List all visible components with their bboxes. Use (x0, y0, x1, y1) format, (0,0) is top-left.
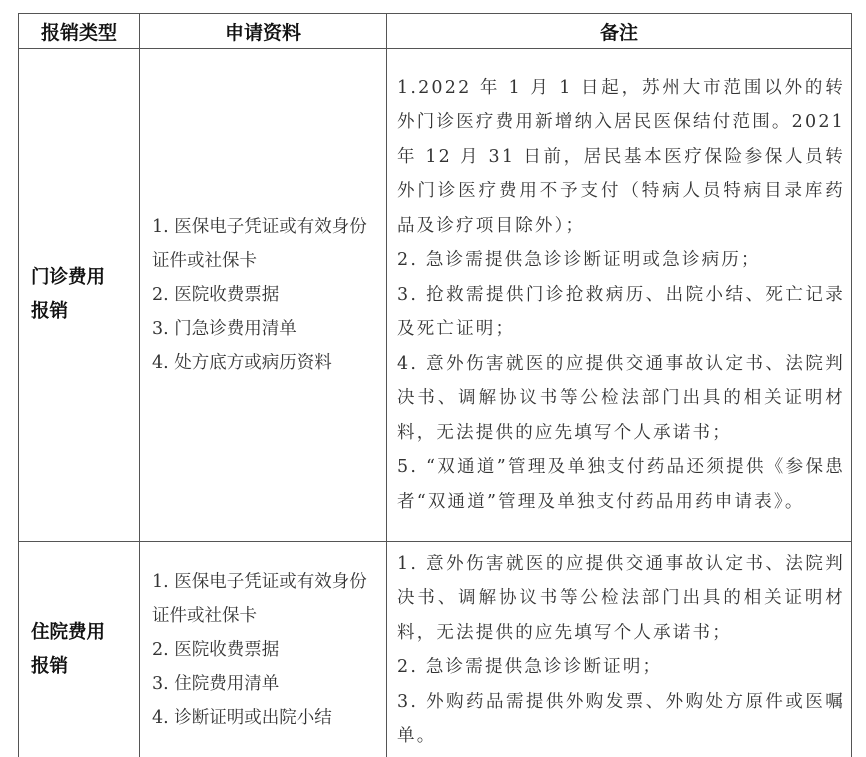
material-item: 2. 医院收费票据 (152, 633, 382, 667)
header-type: 报销类型 (19, 14, 140, 49)
notes-cell: 1. 意外伤害就医的应提供交通事故认定书、法院判决书、调解协议书等公检法部门出具… (387, 542, 852, 757)
materials-cell: 1. 医保电子凭证或有效身份证件或社保卡 2. 医院收费票据 3. 住院费用清单… (140, 542, 387, 757)
material-item: 4. 诊断证明或出院小结 (152, 701, 382, 735)
note-item: 3. 抢救需提供门诊抢救病历、出院小结、死亡记录及死亡证明； (397, 278, 845, 347)
type-label: 住院费用 (31, 616, 139, 650)
header-materials: 申请资料 (140, 14, 387, 49)
material-item: 2. 医院收费票据 (152, 278, 382, 312)
material-item: 3. 门急诊费用清单 (152, 312, 382, 346)
material-item: 3. 住院费用清单 (152, 667, 382, 701)
notes-cell: 1.2022 年 1 月 1 日起，苏州大市范围以外的转外门诊医疗费用新增纳入居… (387, 49, 852, 542)
type-label: 报销 (31, 295, 139, 329)
type-cell: 门诊费用 报销 (19, 49, 140, 542)
type-cell: 住院费用 报销 (19, 542, 140, 757)
type-label: 门诊费用 (31, 261, 139, 295)
note-item: 4. 意外伤害就医的应提供交通事故认定书、法院判决书、调解协议书等公检法部门出具… (397, 347, 845, 451)
header-row: 报销类型 申请资料 备注 (19, 14, 852, 49)
material-item: 1. 医保电子凭证或有效身份证件或社保卡 (152, 565, 382, 633)
note-item: 2. 急诊需提供急诊诊断证明； (397, 650, 845, 685)
material-item: 4. 处方底方或病历资料 (152, 346, 382, 380)
note-item: 3. 外购药品需提供外购发票、外购处方原件或医嘱单。 (397, 685, 845, 754)
materials-cell: 1. 医保电子凭证或有效身份证件或社保卡 2. 医院收费票据 3. 门急诊费用清… (140, 49, 387, 542)
note-item: 1. 意外伤害就医的应提供交通事故认定书、法院判决书、调解协议书等公检法部门出具… (397, 547, 845, 651)
type-label: 报销 (31, 650, 139, 684)
table-row-inpatient: 住院费用 报销 1. 医保电子凭证或有效身份证件或社保卡 2. 医院收费票据 3… (19, 542, 852, 757)
table-row-outpatient: 门诊费用 报销 1. 医保电子凭证或有效身份证件或社保卡 2. 医院收费票据 3… (19, 49, 852, 542)
header-notes: 备注 (387, 14, 852, 49)
note-item: 5. “双通道”管理及单独支付药品还须提供《参保患者“双通道”管理及单独支付药品… (397, 450, 845, 519)
note-item: 2. 急诊需提供急诊诊断证明或急诊病历； (397, 243, 845, 278)
reimbursement-table: 报销类型 申请资料 备注 门诊费用 报销 1. 医保电子凭证或有效身份证件或社保… (18, 13, 852, 757)
note-item: 1.2022 年 1 月 1 日起，苏州大市范围以外的转外门诊医疗费用新增纳入居… (397, 71, 845, 244)
material-item: 1. 医保电子凭证或有效身份证件或社保卡 (152, 210, 382, 278)
